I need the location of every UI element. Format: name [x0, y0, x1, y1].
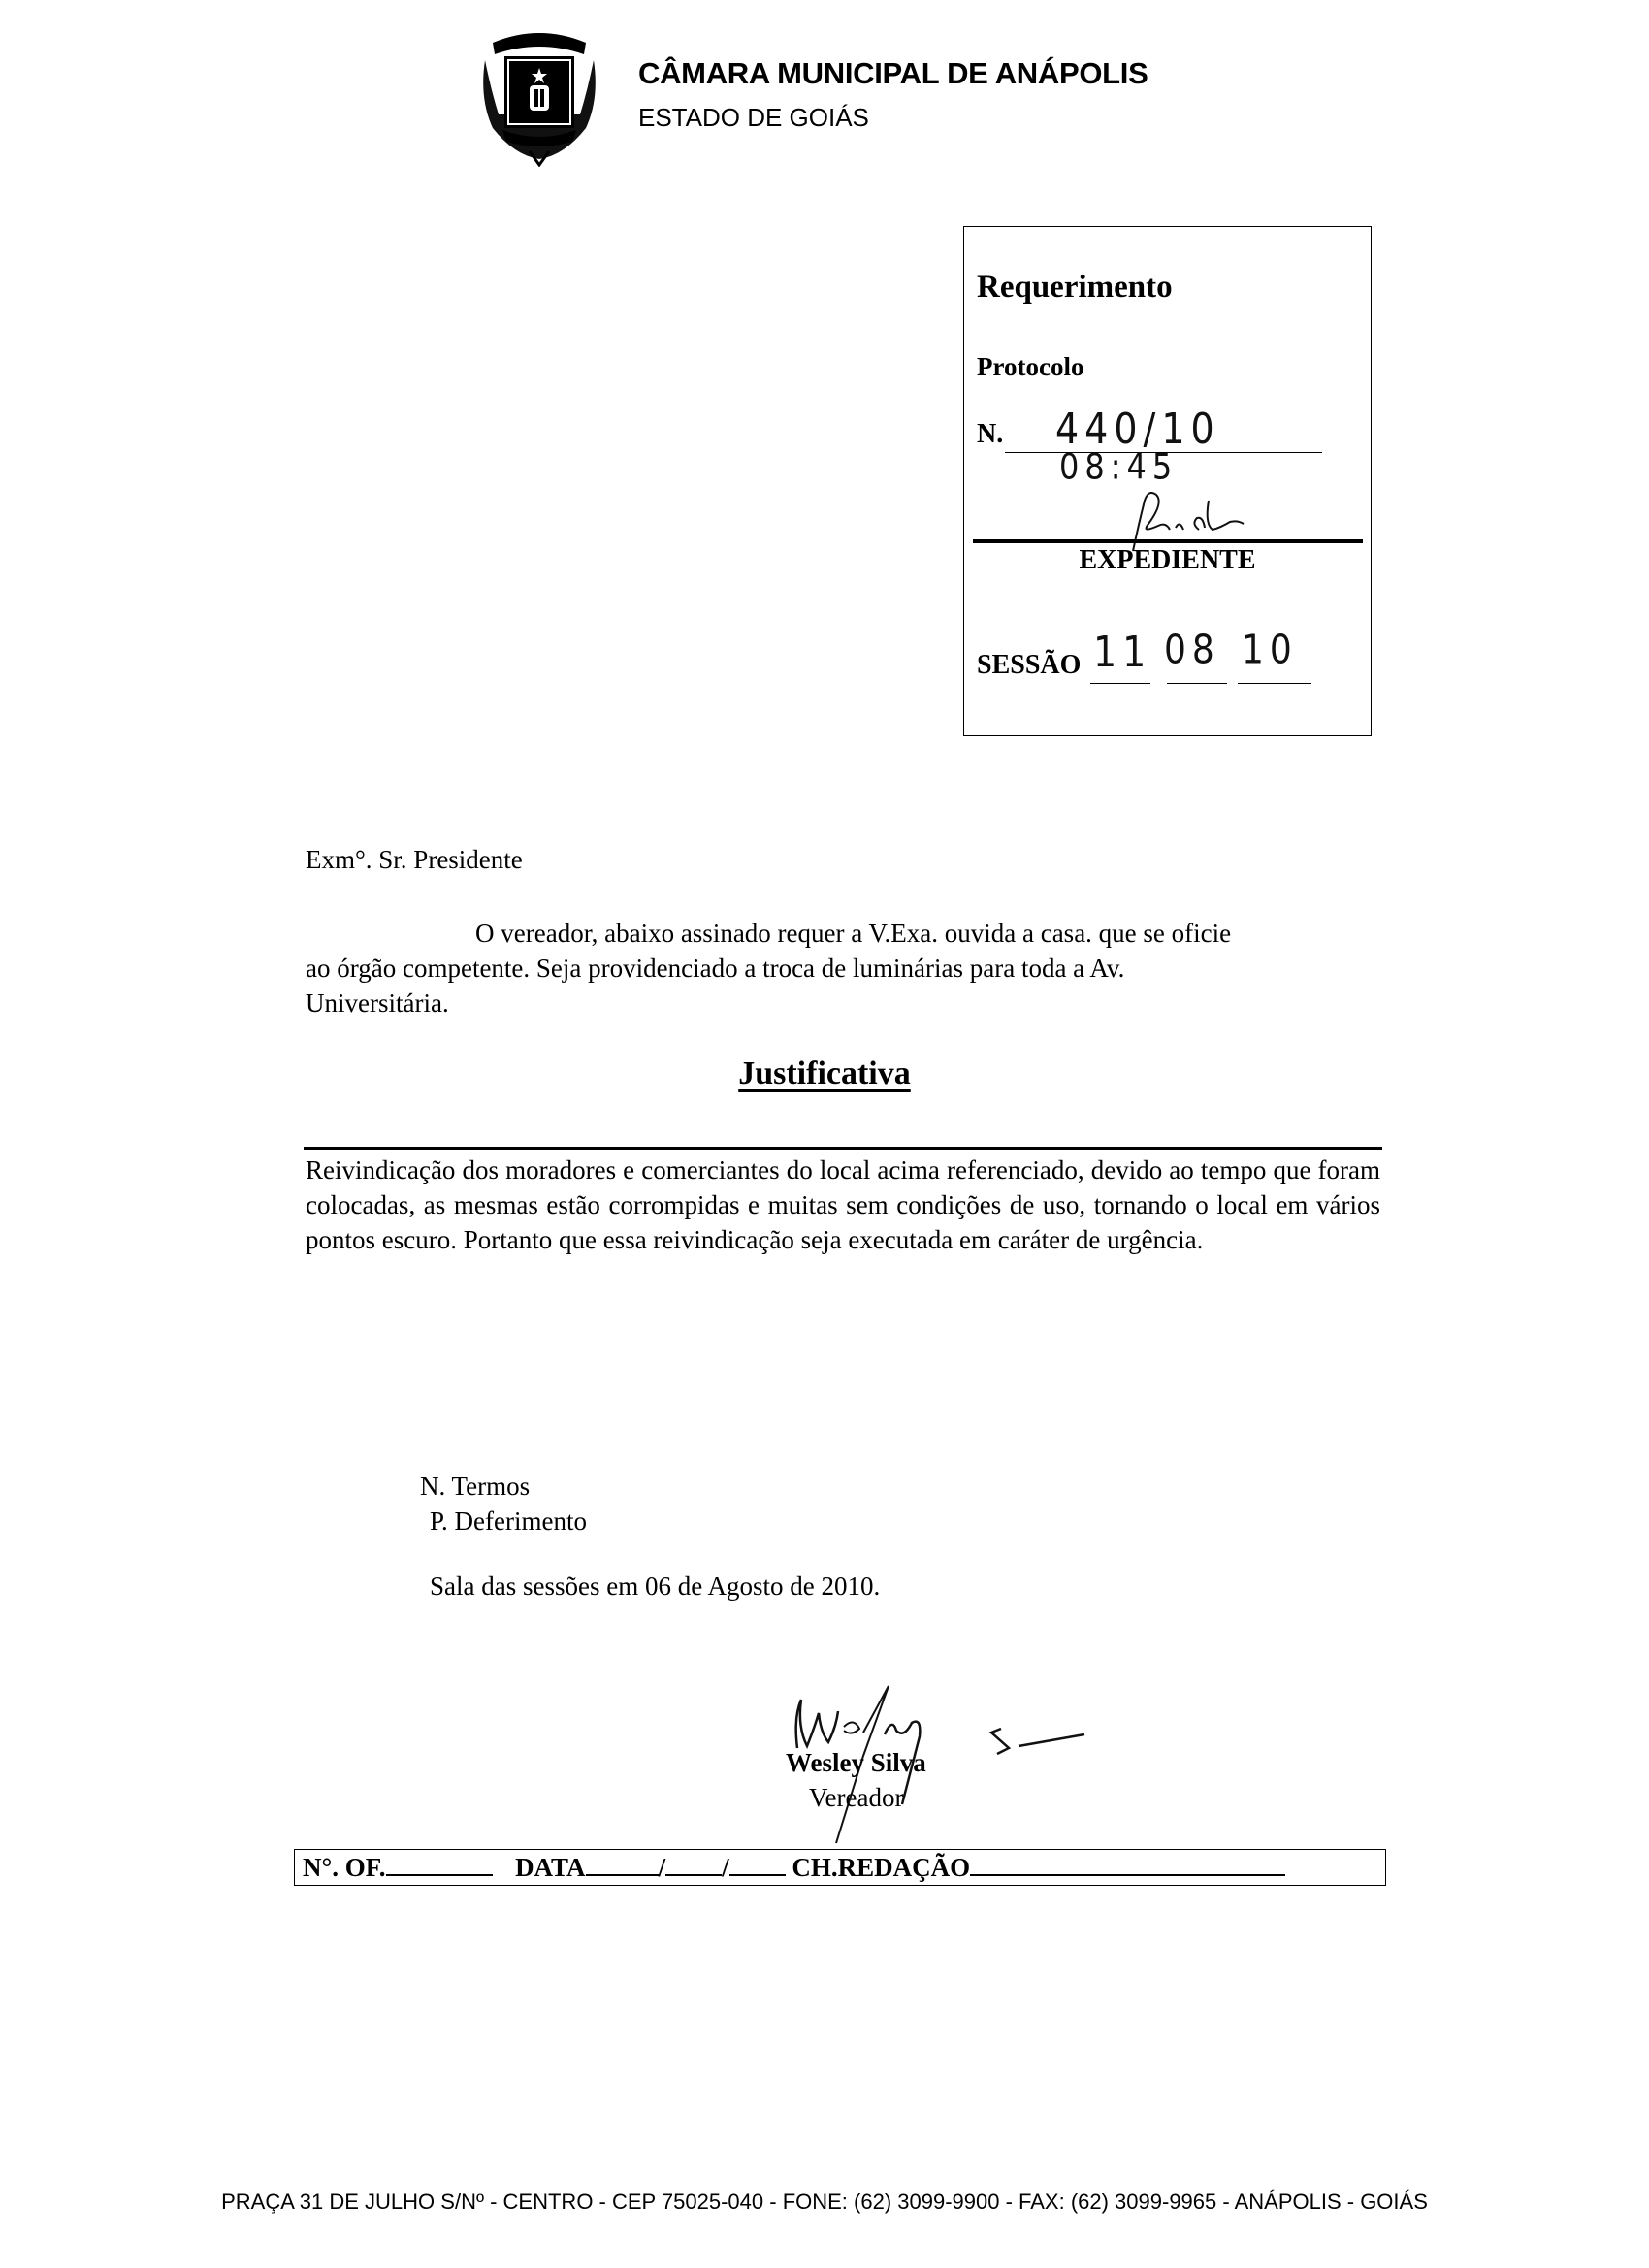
- signer-role: Vereador: [809, 1783, 903, 1813]
- date-separator: /: [722, 1853, 729, 1882]
- coat-of-arms-icon: [475, 21, 603, 167]
- protocol-number-label: N.: [977, 419, 1003, 450]
- request-line-1: O vereador, abaixo assinado requer a V.E…: [306, 916, 1373, 951]
- protocol-subtitle: Protocolo: [977, 352, 1083, 382]
- office-date-label: DATA: [515, 1853, 586, 1882]
- closing-request: P. Deferimento: [420, 1504, 587, 1539]
- session-year-line: [1238, 683, 1311, 684]
- session-month-line: [1167, 683, 1227, 684]
- office-redaction-label: CH.REDAÇÃO: [792, 1853, 970, 1882]
- expediente-divider: [973, 539, 1363, 543]
- salutation: Exm°. Sr. Presidente: [306, 842, 523, 877]
- office-number-field[interactable]: [386, 1851, 493, 1876]
- session-year-value: 10: [1242, 628, 1298, 673]
- footer-address: PRAÇA 31 DE JULHO S/Nº - CENTRO - CEP 75…: [0, 2189, 1649, 2215]
- request-line-3: Universitária.: [306, 986, 1373, 1021]
- request-paragraph: O vereador, abaixo assinado requer a V.E…: [306, 916, 1373, 1021]
- expediente-label: EXPEDIENTE: [963, 545, 1372, 576]
- signer-name: Wesley Silva: [786, 1748, 926, 1778]
- session-day-line: [1090, 683, 1150, 684]
- justification-title: Justificativa: [291, 1055, 1358, 1092]
- org-name: CÂMARA MUNICIPAL DE ANÁPOLIS: [638, 56, 1148, 91]
- protocol-title: Requerimento: [977, 270, 1173, 306]
- date-separator: /: [659, 1853, 666, 1882]
- closing-terms: N. Termos: [420, 1469, 587, 1504]
- session-label: SESSÃO: [977, 650, 1081, 681]
- session-day-value: 11: [1093, 628, 1151, 677]
- office-number-label: N°. OF.: [303, 1853, 386, 1882]
- justification-divider: [304, 1147, 1382, 1150]
- office-date-day-field[interactable]: [586, 1851, 659, 1876]
- protocol-time-value: 08:45: [1059, 445, 1178, 488]
- request-line-2: ao órgão competente. Seja providenciado …: [306, 951, 1373, 986]
- office-date-month-field[interactable]: [665, 1851, 722, 1876]
- place-date: Sala das sessões em 06 de Agosto de 2010…: [430, 1571, 880, 1602]
- closing-block: N. Termos P. Deferimento: [420, 1469, 587, 1539]
- session-month-value: 08: [1164, 628, 1220, 673]
- office-date-year-field[interactable]: [729, 1851, 786, 1876]
- org-state: ESTADO DE GOIÁS: [638, 103, 869, 133]
- justification-text: Reivindicação dos moradores e comerciant…: [306, 1152, 1380, 1257]
- office-redaction-field[interactable]: [970, 1851, 1285, 1876]
- office-registry-row: N°. OF. DATA// CH.REDAÇÃO: [303, 1851, 1285, 1883]
